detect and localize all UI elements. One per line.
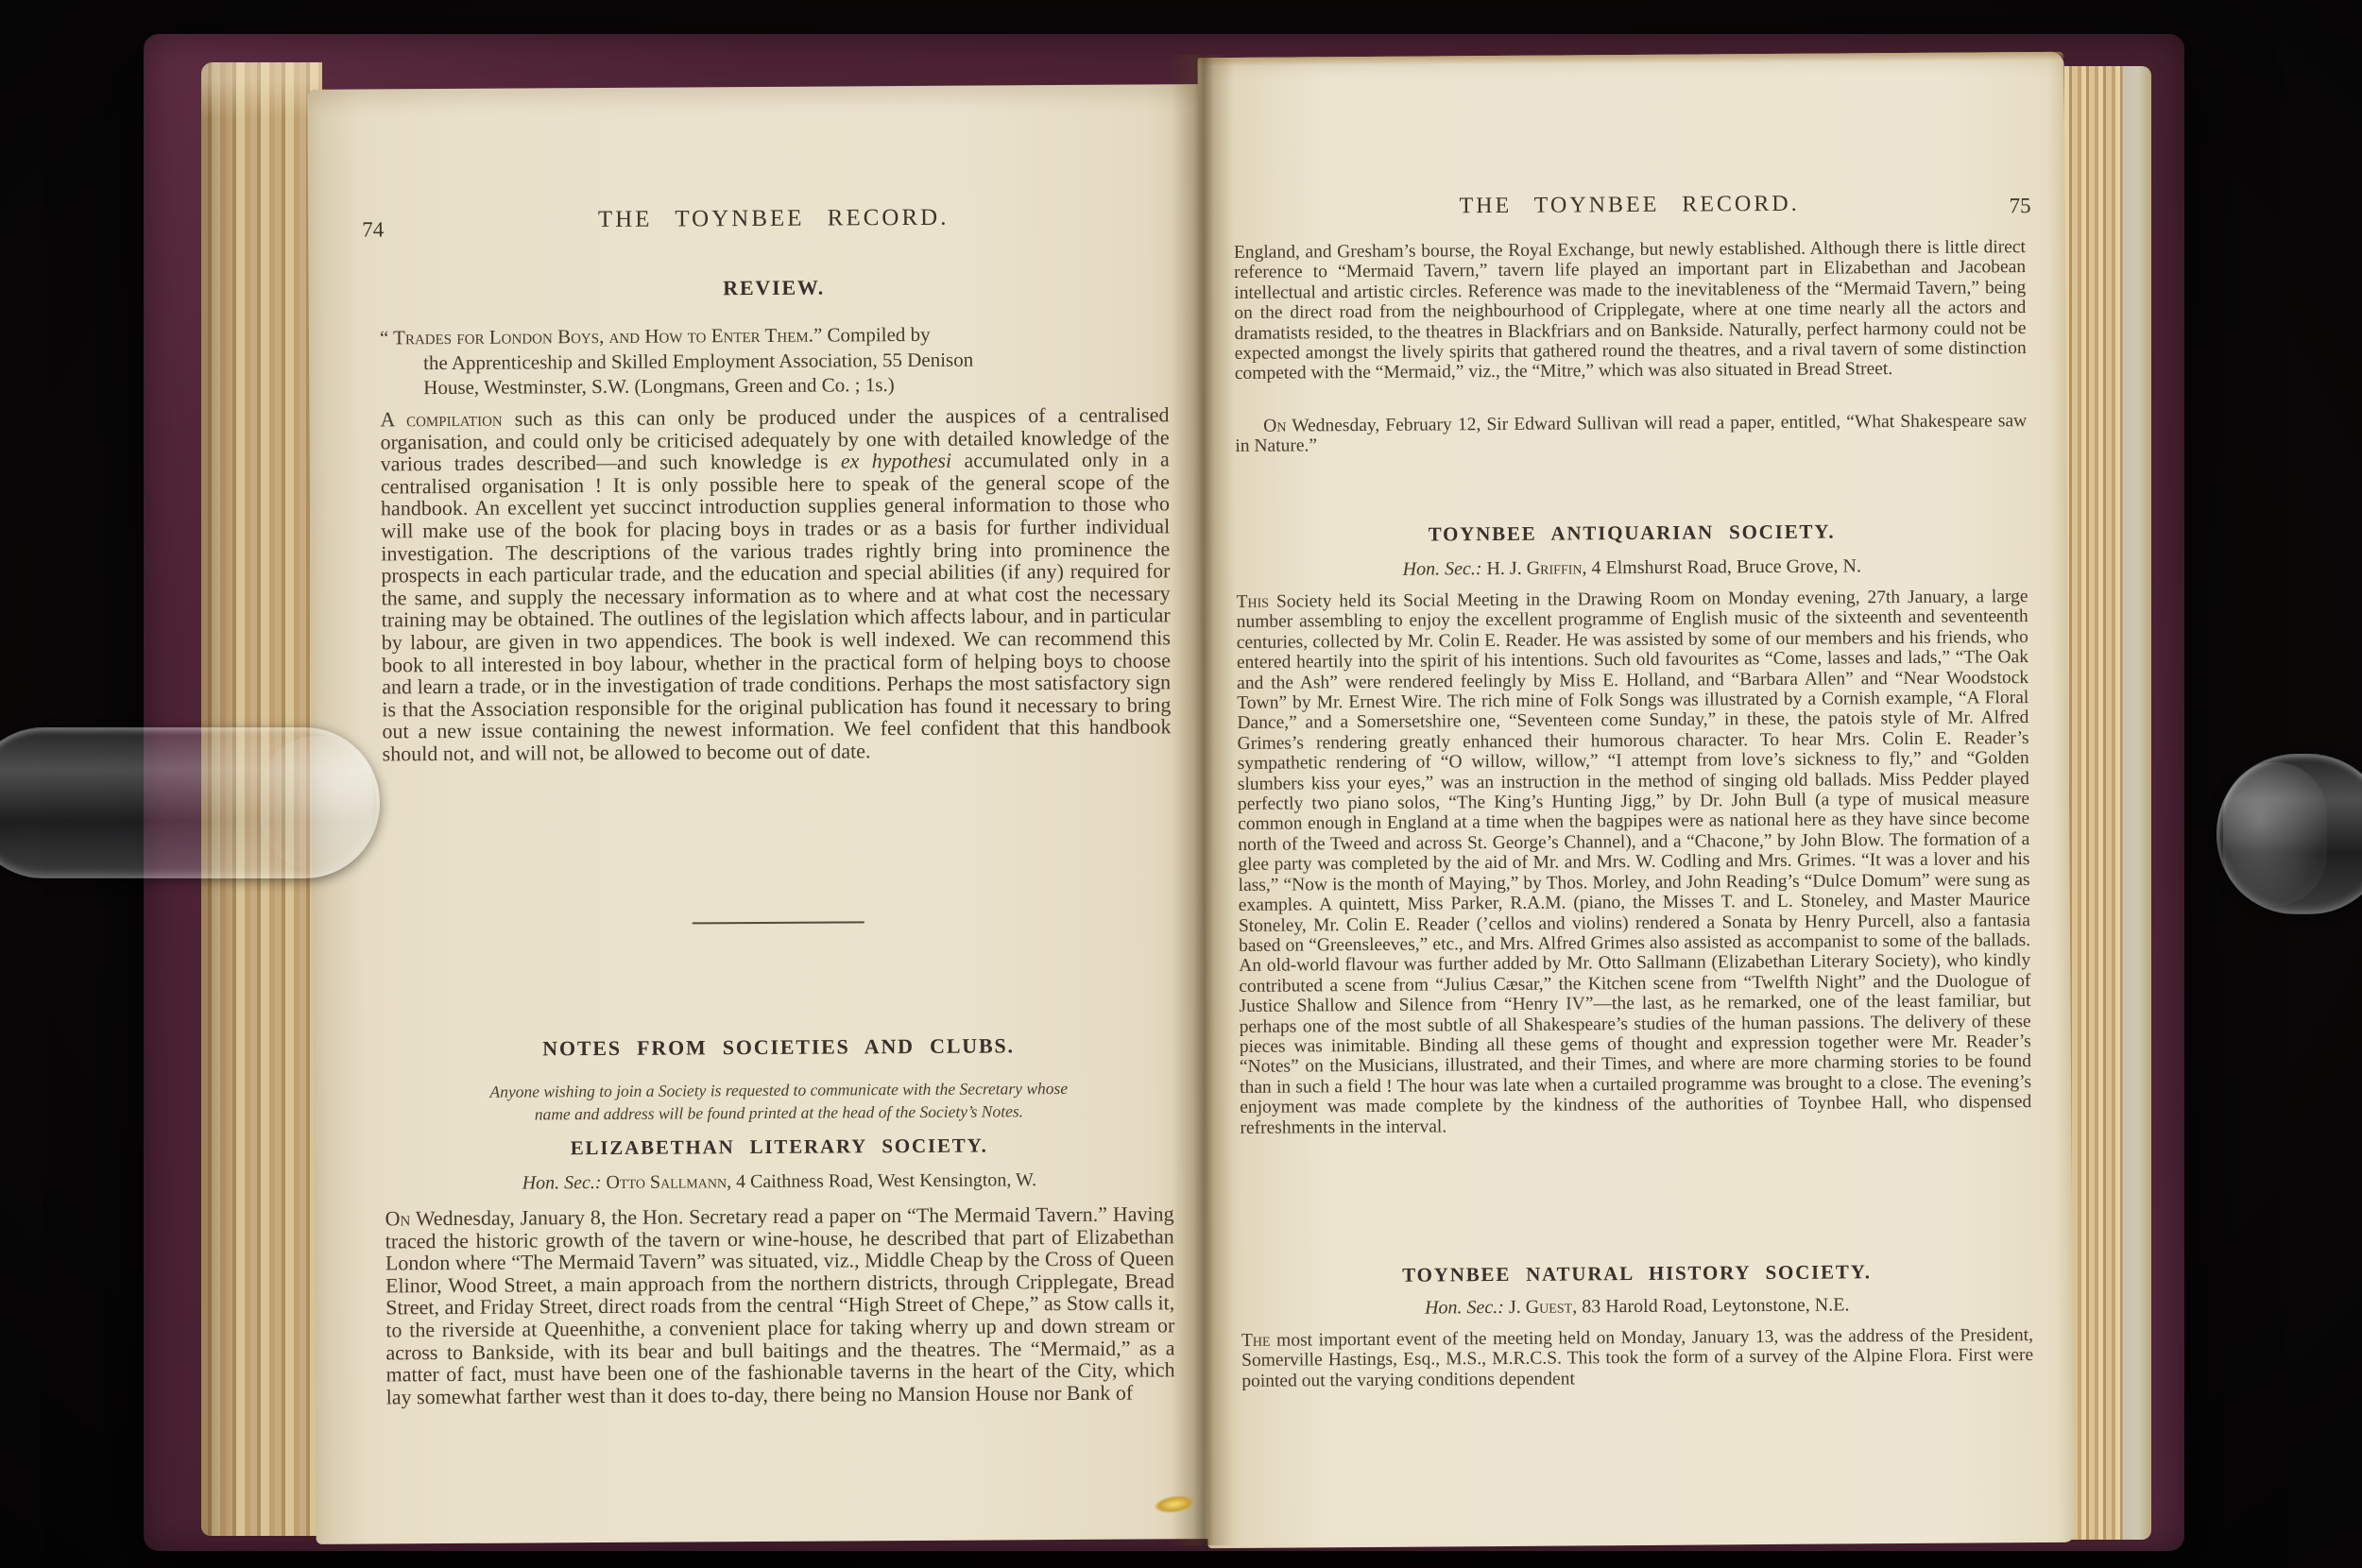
review-citation: “ Trades for London Boys, and How to Ent… xyxy=(380,320,1169,401)
elizabethan-body: On Wednesday, January 8, the Hon. Secret… xyxy=(385,1202,1175,1407)
page-edges-right xyxy=(2064,66,2151,1540)
hon-sec-label: Hon. Sec.: xyxy=(522,1172,602,1194)
membership-notice-line-2: name and address will be found printed a… xyxy=(385,1099,1173,1126)
antiquarian-hon-sec: Hon. Sec.: H. J. Griffin, 4 Elmshurst Ro… xyxy=(1236,554,2028,582)
hon-sec-address: , 83 Harold Road, Leytonstone, N.E. xyxy=(1572,1294,1849,1317)
elizabethan-society-heading: ELIZABETHAN LITERARY SOCIETY. xyxy=(385,1133,1173,1161)
acrylic-strip-right xyxy=(2217,754,2362,914)
hon-sec-name: Otto Sallmann xyxy=(601,1171,727,1193)
section-divider xyxy=(692,921,864,924)
natural-history-hon-sec: Hon. Sec.: J. Guest, 83 Harold Road, Ley… xyxy=(1241,1293,2033,1321)
antiquarian-body: This Society held its Social Meeting in … xyxy=(1236,587,2031,1138)
review-body: A compilation such as this can only be p… xyxy=(380,403,1171,765)
right-page: THE TOYNBEE RECORD. 75 England, and Gres… xyxy=(1198,52,2075,1548)
citation-title: “ Trades for London Boys, and How to Ent… xyxy=(380,324,822,349)
natural-history-body: The most important event of the meeting … xyxy=(1241,1325,2033,1391)
book-gutter-shadow xyxy=(1172,55,1234,1545)
natural-history-body-text: most important event of the meeting held… xyxy=(1241,1325,2033,1391)
societies-heading: NOTES FROM SOCIETIES AND CLUBS. xyxy=(384,1032,1172,1062)
antiquarian-body-text: Society held its Social Meeting in the D… xyxy=(1237,587,2032,1137)
antiquarian-lead-word: This xyxy=(1236,592,1269,612)
hon-sec-label: Hon. Sec.: xyxy=(1425,1297,1504,1319)
citation-compiled-by: Compiled by xyxy=(822,323,930,347)
page-number-right: 75 xyxy=(2010,194,2031,218)
hon-sec-address: , 4 Caithness Road, West Kensington, W. xyxy=(727,1169,1036,1192)
photo-scene: 74 THE TOYNBEE RECORD. REVIEW. “ Trades … xyxy=(0,0,2362,1568)
running-title-left: THE TOYNBEE RECORD. xyxy=(379,203,1168,234)
left-page: 74 THE TOYNBEE RECORD. REVIEW. “ Trades … xyxy=(307,84,1208,1544)
citation-line-3: House, Westminster, S.W. (Longmans, Gree… xyxy=(423,370,1169,400)
elizabethan-lead-word: On xyxy=(385,1206,411,1230)
review-lead-word: A compilation xyxy=(380,407,502,432)
membership-notice: Anyone wishing to join a Society is requ… xyxy=(385,1076,1173,1126)
hon-sec-label: Hon. Sec.: xyxy=(1403,558,1482,580)
running-title-right: THE TOYNBEE RECORD. xyxy=(1234,190,2026,221)
elizabethan-hon-sec: Hon. Sec.: Otto Sallmann, 4 Caithness Ro… xyxy=(385,1168,1173,1195)
review-italic-phrase: ex hypothesi xyxy=(841,449,951,473)
announcement-paragraph: On Wednesday, February 12, Sir Edward Su… xyxy=(1235,411,2027,457)
announcement-lead-word: On xyxy=(1263,417,1286,436)
right-page-column: THE TOYNBEE RECORD. 75 England, and Gres… xyxy=(1233,52,2035,1548)
hon-sec-name: J. Guest xyxy=(1504,1296,1572,1318)
acrylic-strip-left xyxy=(0,727,380,878)
natural-history-society-heading: TOYNBEE NATURAL HISTORY SOCIETY. xyxy=(1241,1259,2032,1288)
hon-sec-address: , 4 Elmshurst Road, Bruce Grove, N. xyxy=(1582,555,1861,578)
review-body-part2: accumulated only in a centralised organi… xyxy=(381,448,1172,766)
elizabethan-body-text: Wednesday, January 8, the Hon. Secretary… xyxy=(385,1202,1175,1408)
natural-history-lead-word: The xyxy=(1241,1331,1271,1351)
review-heading: REVIEW. xyxy=(380,273,1169,302)
left-page-column: 74 THE TOYNBEE RECORD. REVIEW. “ Trades … xyxy=(378,84,1175,1543)
antiquarian-society-heading: TOYNBEE ANTIQUARIAN SOCIETY. xyxy=(1236,519,2028,548)
hon-sec-name: H. J. Griffin xyxy=(1481,557,1582,579)
announcement-text: Wednesday, February 12, Sir Edward Sulli… xyxy=(1235,411,2027,456)
membership-notice-line-1: Anyone wishing to join a Society is requ… xyxy=(385,1076,1173,1103)
continuation-paragraph: England, and Gresham’s bourse, the Royal… xyxy=(1234,237,2027,384)
